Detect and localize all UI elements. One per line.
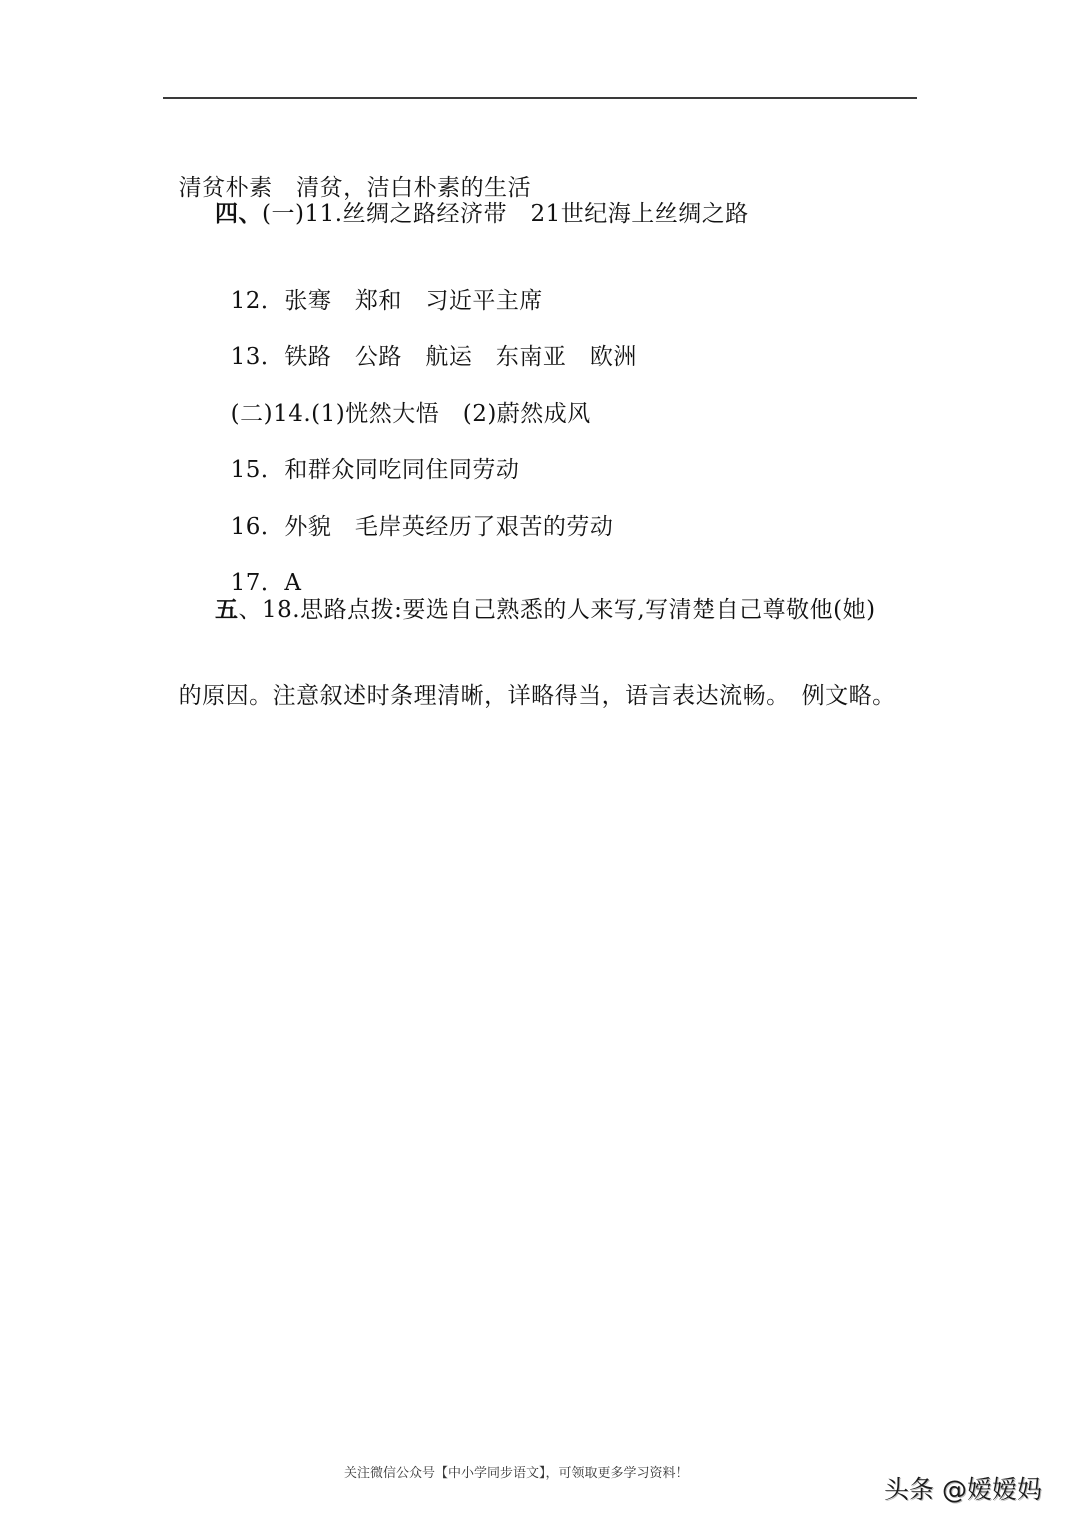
footer-note: 关注微信公众号【中小学同步语文】，可领取更多学习资料！ bbox=[344, 1462, 689, 1481]
answer-text: 、18.思路点拨:要选自己熟悉的人来写,写清楚自己尊敬他(她) bbox=[239, 597, 876, 623]
watermark: 头条 @嫒嫒妈 bbox=[884, 1470, 1042, 1506]
answer-text: 15．和群众同吃同住同劳动 bbox=[231, 457, 520, 483]
section-number: 四、 bbox=[215, 200, 262, 227]
answer-text: 12．张骞 郑和 习近平主席 bbox=[231, 288, 543, 314]
answer-17: 17．A bbox=[215, 538, 302, 598]
answer-text: (一)11.丝绸之路经济带 21世纪海上丝绸之路 bbox=[262, 201, 749, 227]
answer-14: (二)14.(1)恍然大悟 (2)蔚然成风 bbox=[215, 369, 591, 429]
section-five-heading: 五、18.思路点拨:要选自己熟悉的人来写,写清楚自己尊敬他(她) bbox=[215, 595, 876, 625]
answer-text: 清贫朴素 清贫，洁白朴素的生活 bbox=[179, 175, 532, 201]
answer-line-1: 清贫朴素 清贫，洁白朴素的生活 bbox=[163, 143, 531, 203]
answer-13: 13．铁路 公路 航运 东南亚 欧洲 bbox=[215, 312, 637, 372]
answer-15: 15．和群众同吃同住同劳动 bbox=[215, 425, 519, 485]
answer-text: 的原因。注意叙述时条理清晰，详略得当，语言表达流畅。 例文略。 bbox=[179, 683, 896, 709]
answer-text: 13．铁路 公路 航运 东南亚 欧洲 bbox=[231, 344, 637, 370]
section-four-heading: 四、(一)11.丝绸之路经济带 21世纪海上丝绸之路 bbox=[215, 199, 749, 229]
answer-text: 17．A bbox=[231, 570, 302, 596]
header-rule bbox=[163, 97, 917, 99]
section-number: 五 bbox=[215, 596, 239, 623]
answer-12: 12．张骞 郑和 习近平主席 bbox=[215, 256, 543, 316]
answer-16: 16．外貌 毛岸英经历了艰苦的劳动 bbox=[215, 482, 613, 542]
answer-text: (二)14.(1)恍然大悟 (2)蔚然成风 bbox=[231, 401, 591, 427]
answer-text: 16．外貌 毛岸英经历了艰苦的劳动 bbox=[231, 514, 614, 540]
answer-18-continued: 的原因。注意叙述时条理清晰，详略得当，语言表达流畅。 例文略。 bbox=[163, 651, 896, 711]
